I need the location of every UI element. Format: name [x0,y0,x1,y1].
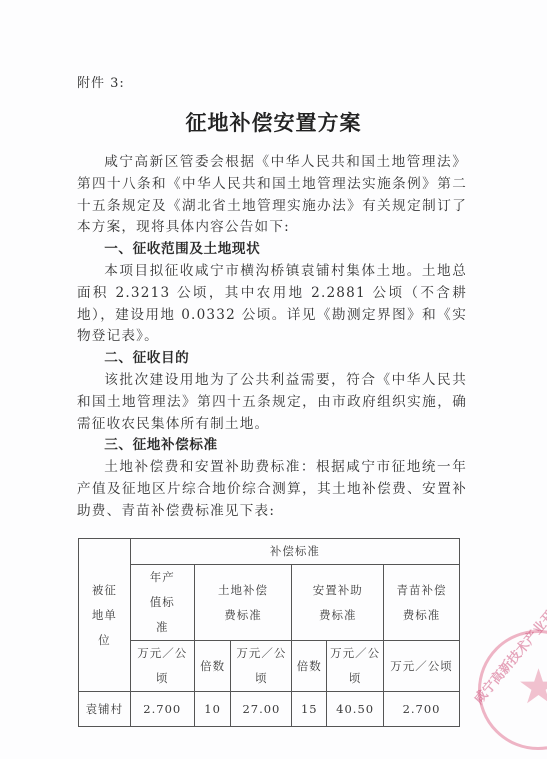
section-1-heading: 一、征收范围及土地现状 [77,239,467,261]
unit-land-amount: 万元／公顷 [231,641,292,692]
cell-land-amount: 27.00 [231,692,292,727]
cell-resettle-multiple: 15 [292,692,327,727]
intro-paragraph: 咸宁高新区管委会根据《中华人民共和国土地管理法》第四十八条和《中华人民共和国土地… [77,152,467,239]
unit-resettle-amount: 万元／公顷 [327,641,384,692]
cell-unit: 袁铺村 [79,692,131,727]
header-crop-compensation: 青苗补偿费标准 [384,565,460,641]
attachment-label: 附件 3: [77,72,125,91]
section-2-body: 该批次建设用地为了公共利益需要，符合《中华人民共和国土地管理法》第四十五条规定，… [77,370,467,435]
header-annual-value: 年产值标准 [130,565,194,641]
cell-land-multiple: 10 [194,692,231,727]
section-2-heading: 二、征收目的 [77,348,467,370]
section-3-body: 土地补偿费和安置补助费标准：根据咸宁市征地统一年产值及征地区片综合地价综合测算，… [77,457,467,522]
cell-resettle-amount: 40.50 [327,692,384,727]
header-land-compensation: 土地补偿费标准 [194,565,292,641]
unit-resettle-multiple: 倍数 [292,641,327,692]
document-body: 咸宁高新区管委会根据《中华人民共和国土地管理法》第四十八条和《中华人民共和国土地… [77,152,467,523]
official-seal: 咸宁高新技术产业开发区 ★ [478,630,547,750]
compensation-table: 被征地单位 补偿标准 年产值标准 土地补偿费标准 安置补助费标准 青苗补偿费标准… [78,538,460,727]
document-title: 征地补偿安置方案 [0,107,547,137]
header-compensation-standard: 补偿标准 [130,539,459,565]
section-1-body: 本项目拟征收咸宁市横沟桥镇袁铺村集体土地。土地总面积 2.3213 公顷，其中农… [77,261,467,348]
document-page: 附件 3: 征地补偿安置方案 咸宁高新区管委会根据《中华人民共和国土地管理法》第… [0,0,547,759]
cell-crop-amount: 2.700 [384,692,460,727]
cell-annual-value: 2.700 [130,692,194,727]
section-3-heading: 三、征地补偿标准 [77,435,467,457]
star-icon: ★ [517,663,547,711]
header-resettlement-subsidy: 安置补助费标准 [292,565,384,641]
unit-land-multiple: 倍数 [194,641,231,692]
unit-crop: 万元／公顷 [384,641,460,692]
unit-annual: 万元／公顷 [130,641,194,692]
header-unit: 被征地单位 [79,539,131,692]
table-row: 袁铺村 2.700 10 27.00 15 40.50 2.700 [79,692,460,727]
